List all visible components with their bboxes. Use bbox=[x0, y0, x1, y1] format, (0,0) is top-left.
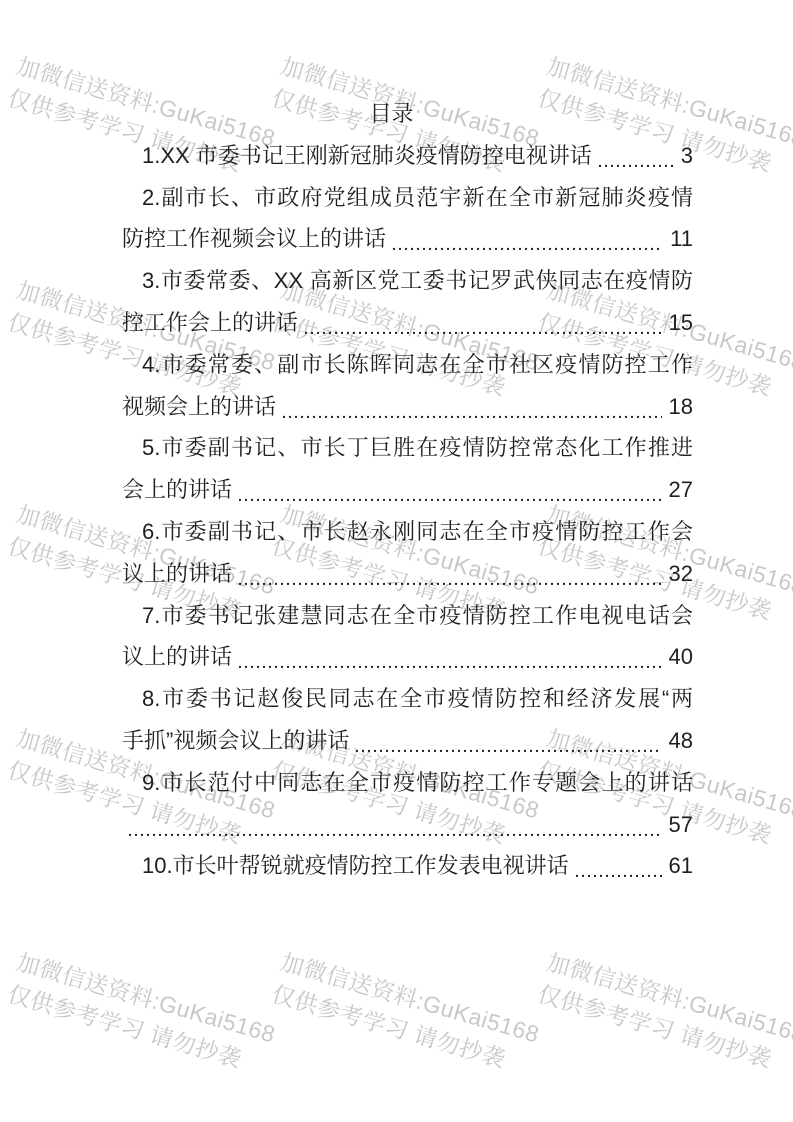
dot-leader bbox=[237, 553, 662, 595]
toc-line[interactable]: 防控工作视频会议上的讲话11 bbox=[122, 218, 693, 260]
watermark-line1: 加微信送资料:GuKai5168 bbox=[277, 946, 543, 1051]
page-number: 18 bbox=[669, 386, 693, 428]
toc-line[interactable]: 议上的讲话40 bbox=[122, 636, 693, 678]
toc-line[interactable]: 控工作会上的讲话15 bbox=[122, 302, 693, 344]
dot-leader bbox=[354, 720, 661, 762]
page-number: 15 bbox=[669, 302, 693, 344]
toc-line[interactable]: 会上的讲话27 bbox=[122, 469, 693, 511]
toc-line[interactable]: 7.市委书记张建慧同志在全市疫情防控工作电视电话会 bbox=[122, 595, 693, 637]
toc-entry-text: 1.XX 市委书记王刚新冠肺炎疫情防控电视讲话 bbox=[122, 135, 592, 177]
toc-entry-text: 控工作会上的讲话 bbox=[122, 302, 298, 344]
watermark-block: 加微信送资料:GuKai5168仅供参考学习 请勿抄袭 bbox=[268, 946, 543, 1083]
page-number: 61 bbox=[669, 845, 693, 887]
toc-line[interactable]: 9.市长范付中同志在全市疫情防控工作专题会上的讲话 bbox=[122, 762, 693, 804]
page-number: 40 bbox=[669, 636, 693, 678]
dot-leader bbox=[237, 636, 662, 678]
toc-entry-text: 8.市委书记赵俊民同志在全市疫情防控和经济发展“两 bbox=[142, 686, 693, 711]
page-number: 11 bbox=[670, 218, 693, 260]
page-number: 57 bbox=[669, 804, 693, 846]
page-number: 48 bbox=[669, 720, 693, 762]
page-number: 32 bbox=[669, 553, 693, 595]
toc-line[interactable]: 2.副市长、市政府党组成员范宇新在全市新冠肺炎疫情 bbox=[122, 177, 693, 219]
toc-line[interactable]: 议上的讲话32 bbox=[122, 553, 693, 595]
toc-line[interactable]: 手抓”视频会议上的讲话48 bbox=[122, 720, 693, 762]
dot-leader bbox=[281, 386, 662, 428]
dot-leader bbox=[303, 302, 662, 344]
toc-line[interactable]: 5.市委副书记、市长丁巨胜在疫情防控常态化工作推进 bbox=[122, 427, 693, 469]
dot-leader bbox=[597, 135, 674, 177]
watermark-line2: 仅供参考学习 请勿抄袭 bbox=[534, 978, 793, 1083]
toc-entry-text: 会上的讲话 bbox=[122, 469, 232, 511]
toc-entry-text: 4.市委常委、副市长陈晖同志在全市社区疫情防控工作 bbox=[142, 352, 693, 377]
dot-leader bbox=[237, 469, 662, 511]
watermark-block: 加微信送资料:GuKai5168仅供参考学习 请勿抄袭 bbox=[4, 946, 279, 1083]
watermark-line1: 加微信送资料:GuKai5168 bbox=[543, 946, 793, 1051]
watermark-line2: 仅供参考学习 请勿抄袭 bbox=[4, 978, 270, 1083]
watermark-line1: 加微信送资料:GuKai5168 bbox=[13, 946, 279, 1051]
toc-entry-text: 视频会上的讲话 bbox=[122, 386, 276, 428]
watermark-block: 加微信送资料:GuKai5168仅供参考学习 请勿抄袭 bbox=[534, 946, 793, 1083]
toc-entry-text: 7.市委书记张建慧同志在全市疫情防控工作电视电话会 bbox=[142, 603, 693, 628]
toc-entry-text: 9.市长范付中同志在全市疫情防控工作专题会上的讲话 bbox=[142, 770, 693, 795]
toc-entry-text: 议上的讲话 bbox=[122, 636, 232, 678]
toc-entry-text: 6.市委副书记、市长赵永刚同志在全市疫情防控工作会 bbox=[142, 519, 693, 544]
toc-entry-text: 手抓”视频会议上的讲话 bbox=[122, 720, 349, 762]
dot-leader bbox=[391, 218, 663, 260]
toc-entry-text: 5.市委副书记、市长丁巨胜在疫情防控常态化工作推进 bbox=[142, 435, 693, 460]
toc-entry-text: 2.副市长、市政府党组成员范宇新在全市新冠肺炎疫情 bbox=[142, 185, 693, 210]
dot-leader bbox=[127, 804, 662, 846]
toc-entry-text: 3.市委常委、XX 高新区党工委书记罗武侠同志在疫情防 bbox=[142, 268, 693, 293]
page-number: 27 bbox=[669, 469, 693, 511]
toc-line[interactable]: 4.市委常委、副市长陈晖同志在全市社区疫情防控工作 bbox=[122, 344, 693, 386]
toc-entry-text: 议上的讲话 bbox=[122, 553, 232, 595]
toc-line[interactable]: 视频会上的讲话18 bbox=[122, 386, 693, 428]
toc-line[interactable]: 10.市长叶帮锐就疫情防控工作发表电视讲话61 bbox=[122, 845, 693, 887]
toc-line[interactable]: 3.市委常委、XX 高新区党工委书记罗武侠同志在疫情防 bbox=[122, 260, 693, 302]
toc-list: 1.XX 市委书记王刚新冠肺炎疫情防控电视讲话32.副市长、市政府党组成员范宇新… bbox=[122, 135, 693, 887]
toc-line[interactable]: 57 bbox=[122, 804, 693, 846]
document-page: 加微信送资料:GuKai5168仅供参考学习 请勿抄袭加微信送资料:GuKai5… bbox=[0, 0, 793, 1122]
toc-line[interactable]: 8.市委书记赵俊民同志在全市疫情防控和经济发展“两 bbox=[122, 678, 693, 720]
toc-line[interactable]: 6.市委副书记、市长赵永刚同志在全市疫情防控工作会 bbox=[122, 511, 693, 553]
page-number: 3 bbox=[681, 135, 693, 177]
toc-entry-text: 10.市长叶帮锐就疫情防控工作发表电视讲话 bbox=[122, 845, 569, 887]
dot-leader bbox=[574, 845, 662, 887]
doc-title: 目录 bbox=[106, 93, 677, 135]
toc-entry-text: 防控工作视频会议上的讲话 bbox=[122, 218, 386, 260]
toc-content: 目录 1.XX 市委书记王刚新冠肺炎疫情防控电视讲话32.副市长、市政府党组成员… bbox=[122, 93, 693, 887]
toc-line[interactable]: 1.XX 市委书记王刚新冠肺炎疫情防控电视讲话3 bbox=[122, 135, 693, 177]
watermark-line2: 仅供参考学习 请勿抄袭 bbox=[268, 978, 534, 1083]
